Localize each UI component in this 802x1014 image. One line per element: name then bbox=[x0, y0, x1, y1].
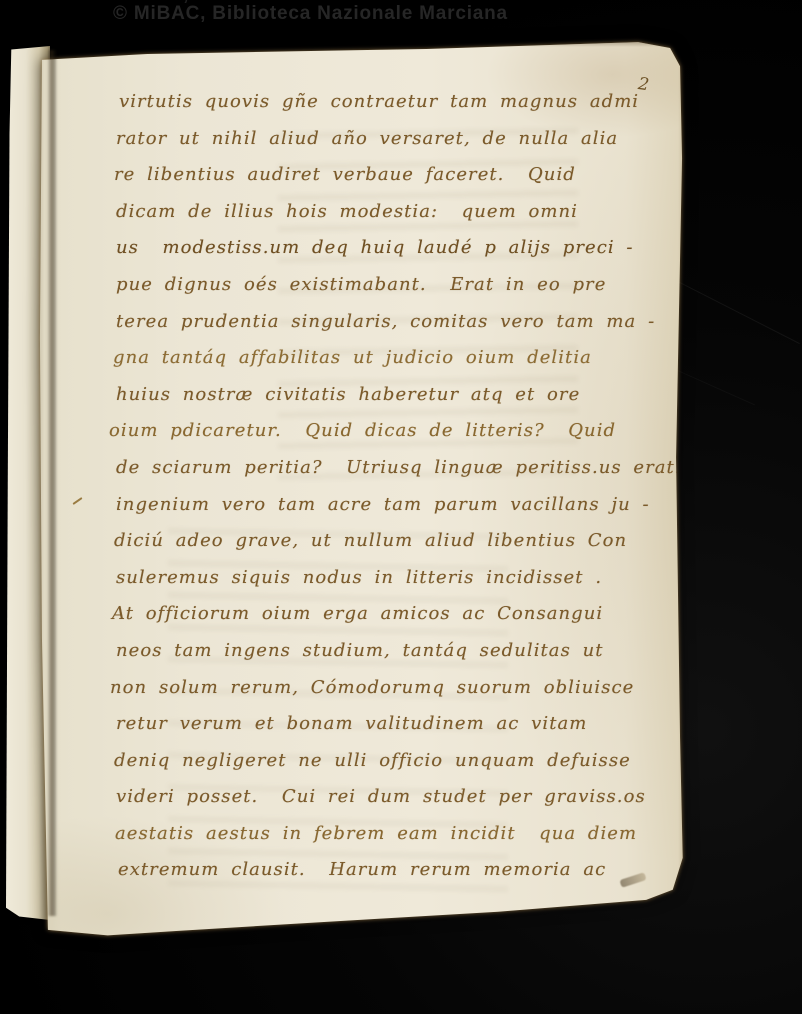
manuscript-line: videri posset. Cui rei dum studet per gr… bbox=[116, 779, 621, 816]
manuscript-line: dicam de illius hois modestia: quem omni bbox=[116, 194, 621, 231]
manuscript-line: neos tam ingens studium, tantáq sedulita… bbox=[116, 633, 621, 670]
manuscript-line: gna tantáq affabilitas ut judicio oium d… bbox=[113, 340, 621, 377]
manuscript-line: suleremus siquis nodus in litteris incid… bbox=[116, 560, 621, 597]
library-watermark: © MiBAC, Biblioteca Nazionale Marciana bbox=[113, 3, 508, 25]
manuscript-line: aestatis aestus in febrem eam incidit qu… bbox=[115, 816, 621, 853]
manuscript-line: de sciarum peritia? Utriusq linguæ perit… bbox=[116, 450, 621, 487]
manuscript-line: diciú adeo grave, ut nullum aliud libent… bbox=[114, 523, 621, 560]
manuscript-line: oium pdicaretur. Quid dicas de litteris?… bbox=[109, 413, 621, 450]
manuscript-text-block: virtutis quovis gñe contraetur tam magnu… bbox=[116, 84, 621, 889]
manuscript-line: non solum rerum, Cómodorumq suorum obliu… bbox=[110, 670, 621, 707]
corner-damage-fleck bbox=[619, 872, 646, 888]
manuscript-line: extremum clausit. Harum rerum memoria ac bbox=[118, 852, 621, 889]
manuscript-line: deniq negligeret ne ulli officio unquam … bbox=[114, 743, 621, 780]
manuscript-line: huius nostræ civitatis haberetur atq et … bbox=[116, 377, 621, 414]
manuscript-line: retur verum et bonam valitudinem ac vita… bbox=[116, 706, 621, 743]
manuscript-page: 2 virtutis quovis gñe contraetur tam mag… bbox=[28, 38, 692, 950]
manuscript-line: At officiorum oium erga amicos ac Consan… bbox=[112, 596, 621, 633]
manuscript-line: virtutis quovis gñe contraetur tam magnu… bbox=[119, 84, 621, 121]
manuscript-line: rator ut nihil aliud año versaret, de nu… bbox=[116, 121, 621, 158]
manuscript-line: ingenium vero tam acre tam parum vacilla… bbox=[116, 487, 621, 524]
manuscript-line: re libentius audiret verbaue faceret. Qu… bbox=[114, 157, 621, 194]
manuscript-line: pue dignus oés existimabant. Erat in eo … bbox=[116, 267, 621, 304]
manuscript-line: terea prudentia singularis, comitas vero… bbox=[116, 304, 621, 341]
manuscript-photo-scene: © MiBAC, Biblioteca Nazionale Marciana ©… bbox=[0, 0, 802, 1014]
margin-pen-mark bbox=[72, 497, 82, 505]
folio-number: 2 bbox=[637, 74, 669, 98]
manuscript-line: us modestiss.um deq huiq laudé p alijs p… bbox=[116, 230, 621, 267]
